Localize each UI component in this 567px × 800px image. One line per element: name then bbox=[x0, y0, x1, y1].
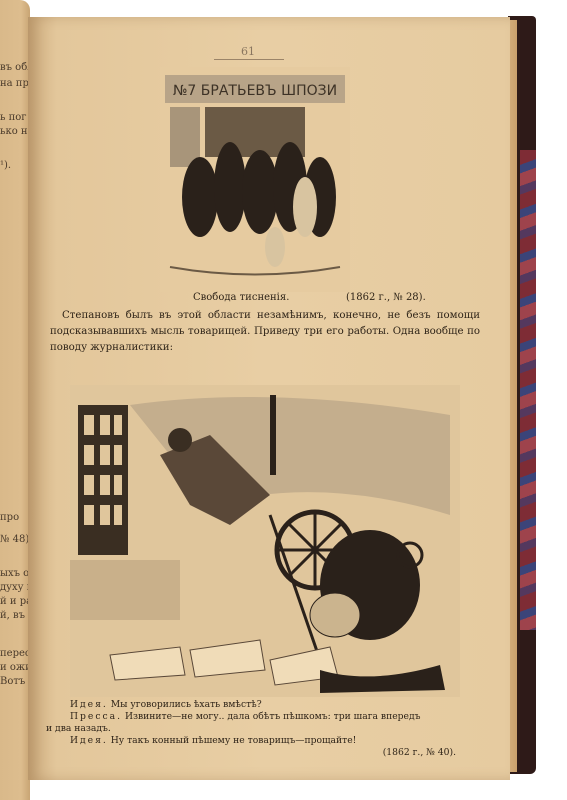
dialog-line: Идея. Ну такъ конный пѣшему не товарищъ—… bbox=[46, 735, 466, 747]
marbled-edge bbox=[520, 150, 536, 630]
left-page-text-fragment: ько н bbox=[0, 126, 30, 137]
header-rule bbox=[214, 59, 284, 60]
dialog-reference: (1862 г., № 40). bbox=[46, 747, 466, 759]
left-page-text-fragment: въ обл bbox=[0, 62, 30, 73]
dialog-line: и два назадъ. bbox=[46, 723, 466, 735]
left-page-text-fragment: духу н bbox=[0, 582, 30, 593]
left-page-text-fragment: и ожи bbox=[0, 662, 30, 673]
left-page-text-fragment: й, въ bbox=[0, 610, 30, 621]
body-paragraph: Степановъ былъ въ этой области незамѣним… bbox=[50, 308, 480, 356]
illustration-idea-and-press bbox=[70, 385, 460, 697]
caption-title: Свобода тисненія. bbox=[193, 292, 289, 303]
caption-dialog: Идея. Мы уговорились ѣхать вмѣстѣ? Пресс… bbox=[46, 699, 466, 759]
svg-text:№7 БРАТЬЕВЪ ШПОЗИ: №7 БРАТЬЕВЪ ШПОЗИ bbox=[173, 83, 337, 99]
illustration-press-freedom: №7 БРАТЬЕВЪ ШПОЗИ bbox=[160, 67, 350, 292]
book-page: 61 №7 БРАТЬЕВЪ ШПОЗИ Свобода тисненія. (… bbox=[28, 17, 510, 780]
left-page-text-fragment: ыхъ оф bbox=[0, 568, 30, 579]
left-page-text-fragment: пересо bbox=[0, 648, 30, 659]
dialog-line: Пресса. Извините—не могу.. дала обѣтъ пѣ… bbox=[46, 711, 466, 723]
left-page-text-fragment: на пр bbox=[0, 78, 30, 89]
dialog-line: Идея. Мы уговорились ѣхать вмѣстѣ? bbox=[46, 699, 466, 711]
left-page-text-fragment: ь пог bbox=[0, 112, 30, 123]
left-page-text-fragment: й и ра bbox=[0, 596, 30, 607]
caption-reference: (1862 г., № 28). bbox=[346, 292, 426, 303]
left-page-edge: въ облна прь погько н¹).про№ 48).ыхъ офд… bbox=[0, 0, 30, 800]
left-page-text-fragment: Вотъ bbox=[0, 676, 30, 687]
left-page-text-fragment: про bbox=[0, 512, 30, 523]
page-number: 61 bbox=[228, 45, 268, 58]
left-page-text-fragment: № 48). bbox=[0, 534, 30, 545]
left-page-text-fragment: ¹). bbox=[0, 160, 30, 171]
